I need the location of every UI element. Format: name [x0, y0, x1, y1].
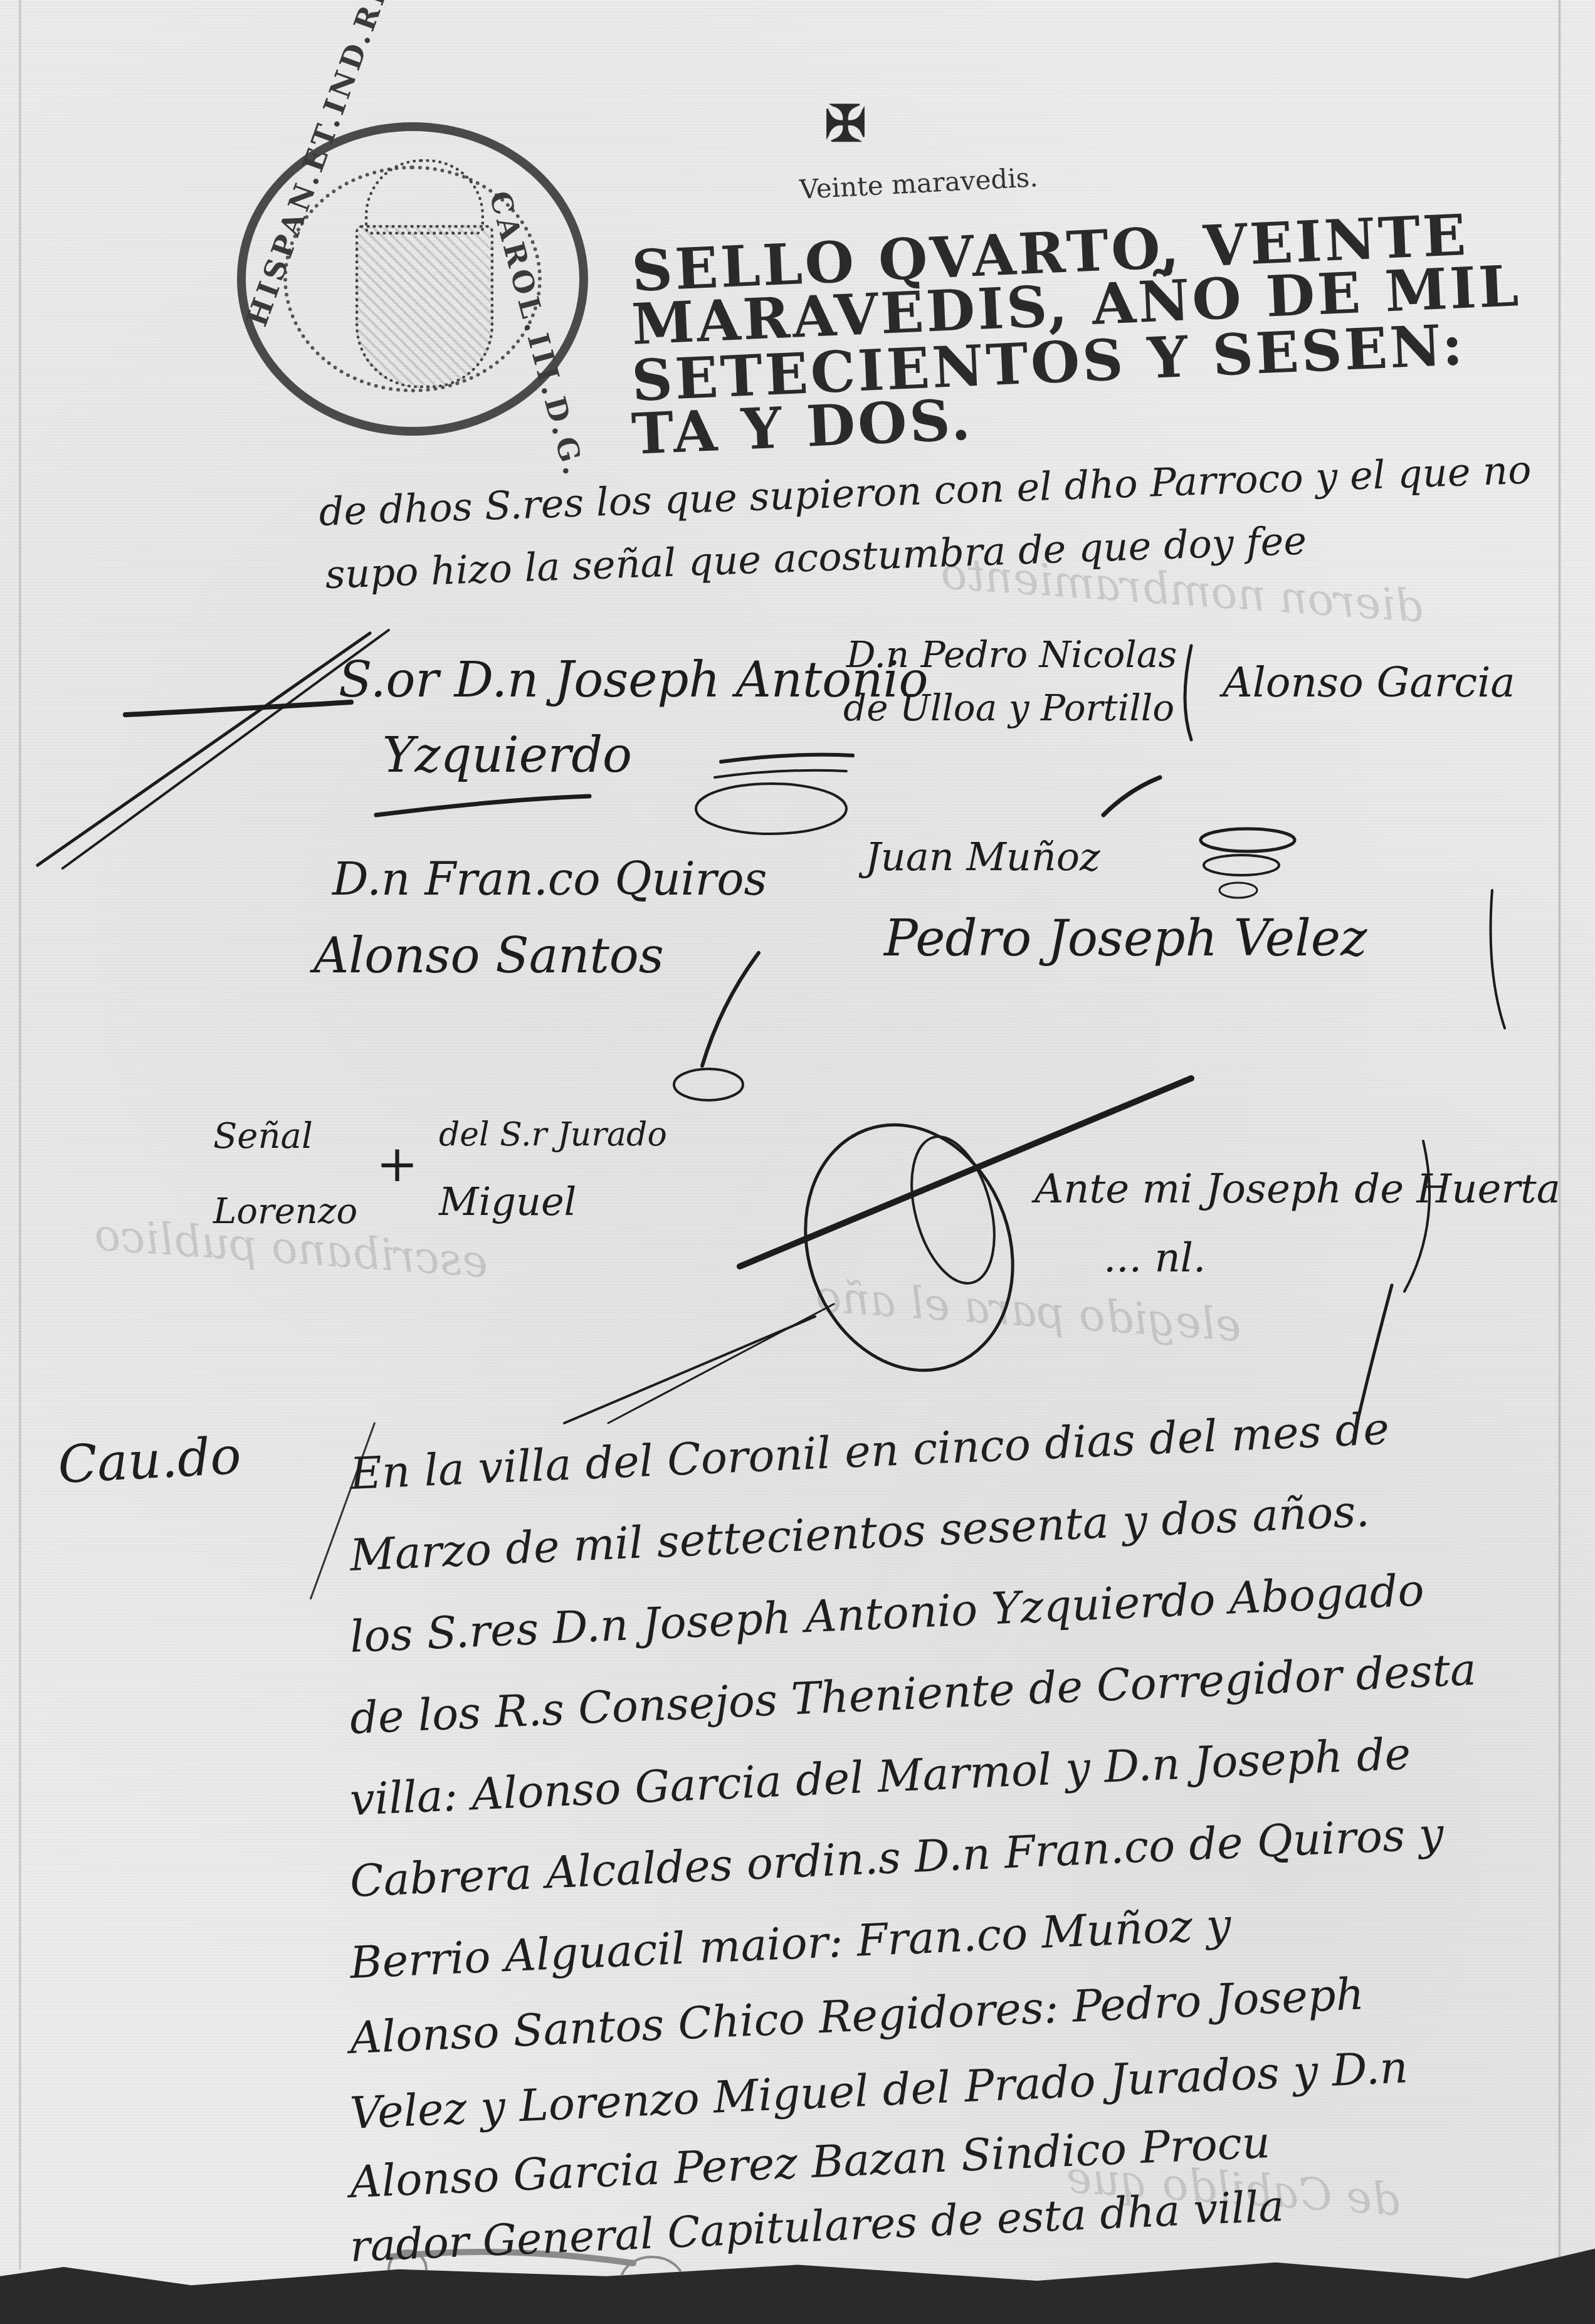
signature-munoz: Juan Muñoz: [865, 834, 1100, 880]
manuscript-page: dieron nombramiento escribano publico el…: [0, 0, 1595, 2295]
body-line-1: de dhos S.res los que supieron con el dh…: [318, 447, 1532, 535]
act-line-7: Berrio Alguacil maior: Fran.co Muñoz y: [349, 1899, 1232, 1989]
signature-yzquierdo-line2: Yzquierdo: [382, 727, 632, 784]
notary-signature-line2: ... nl.: [1103, 1235, 1206, 1281]
show-through-text: elegido para el año: [814, 1270, 1243, 1351]
notary-signature: Ante mi Joseph de Huerta: [1034, 1166, 1561, 1212]
cross-icon: ✠: [824, 94, 866, 153]
coat-of-arms-icon: [355, 225, 493, 388]
mark-label-lorenzo: Lorenzo: [213, 1191, 357, 1232]
signature-santos: Alonso Santos: [313, 928, 664, 984]
stamp-value-line: Veinte maravedis.: [799, 162, 1039, 205]
cross-mark-icon: +: [376, 1135, 418, 1193]
act-line-2: Marzo de mil settecientos sesenta y dos …: [349, 1485, 1371, 1581]
margin-note: Cau.do: [56, 1426, 243, 1495]
act-line-5: villa: Alonso Garcia del Marmol y D.n Jo…: [349, 1728, 1411, 1826]
left-fold-crease: [19, 0, 21, 2269]
signature-yzquierdo-line1: S.or D.n Joseph Antonio: [339, 652, 928, 708]
signature-quiros: D.n Fran.co Quiros: [332, 853, 767, 905]
signature-ulloa-line2: de Ulloa y Portillo: [843, 686, 1174, 729]
signature-velez: Pedro Joseph Velez: [884, 909, 1367, 967]
signature-alonso-garcia: Alonso Garcia: [1223, 658, 1515, 707]
mark-desc-jurado: del S.r Jurado: [439, 1116, 667, 1154]
signature-ulloa-line1: D.n Pedro Nicolas: [846, 633, 1177, 676]
stamp-line-4: TA Y DOS.: [630, 386, 974, 468]
act-line-6: Cabrera Alcaldes ordin.s D.n Fran.co de …: [349, 1808, 1445, 1907]
act-line-4: de los R.s Consejos Theniente de Corregi…: [349, 1644, 1477, 1744]
right-fold-crease: [1558, 0, 1561, 2282]
mark-label-senal: Señal: [213, 1116, 313, 1157]
act-line-3: los S.res D.n Joseph Antonio Yzquierdo A…: [349, 1564, 1425, 1663]
mark-desc-miguel: Miguel: [439, 1179, 576, 1224]
royal-seal: HISPAN.ET.IND.REX CAROL.III.D.G.: [237, 122, 588, 436]
act-line-1: En la villa del Coronil en cinco dias de…: [349, 1403, 1390, 1500]
